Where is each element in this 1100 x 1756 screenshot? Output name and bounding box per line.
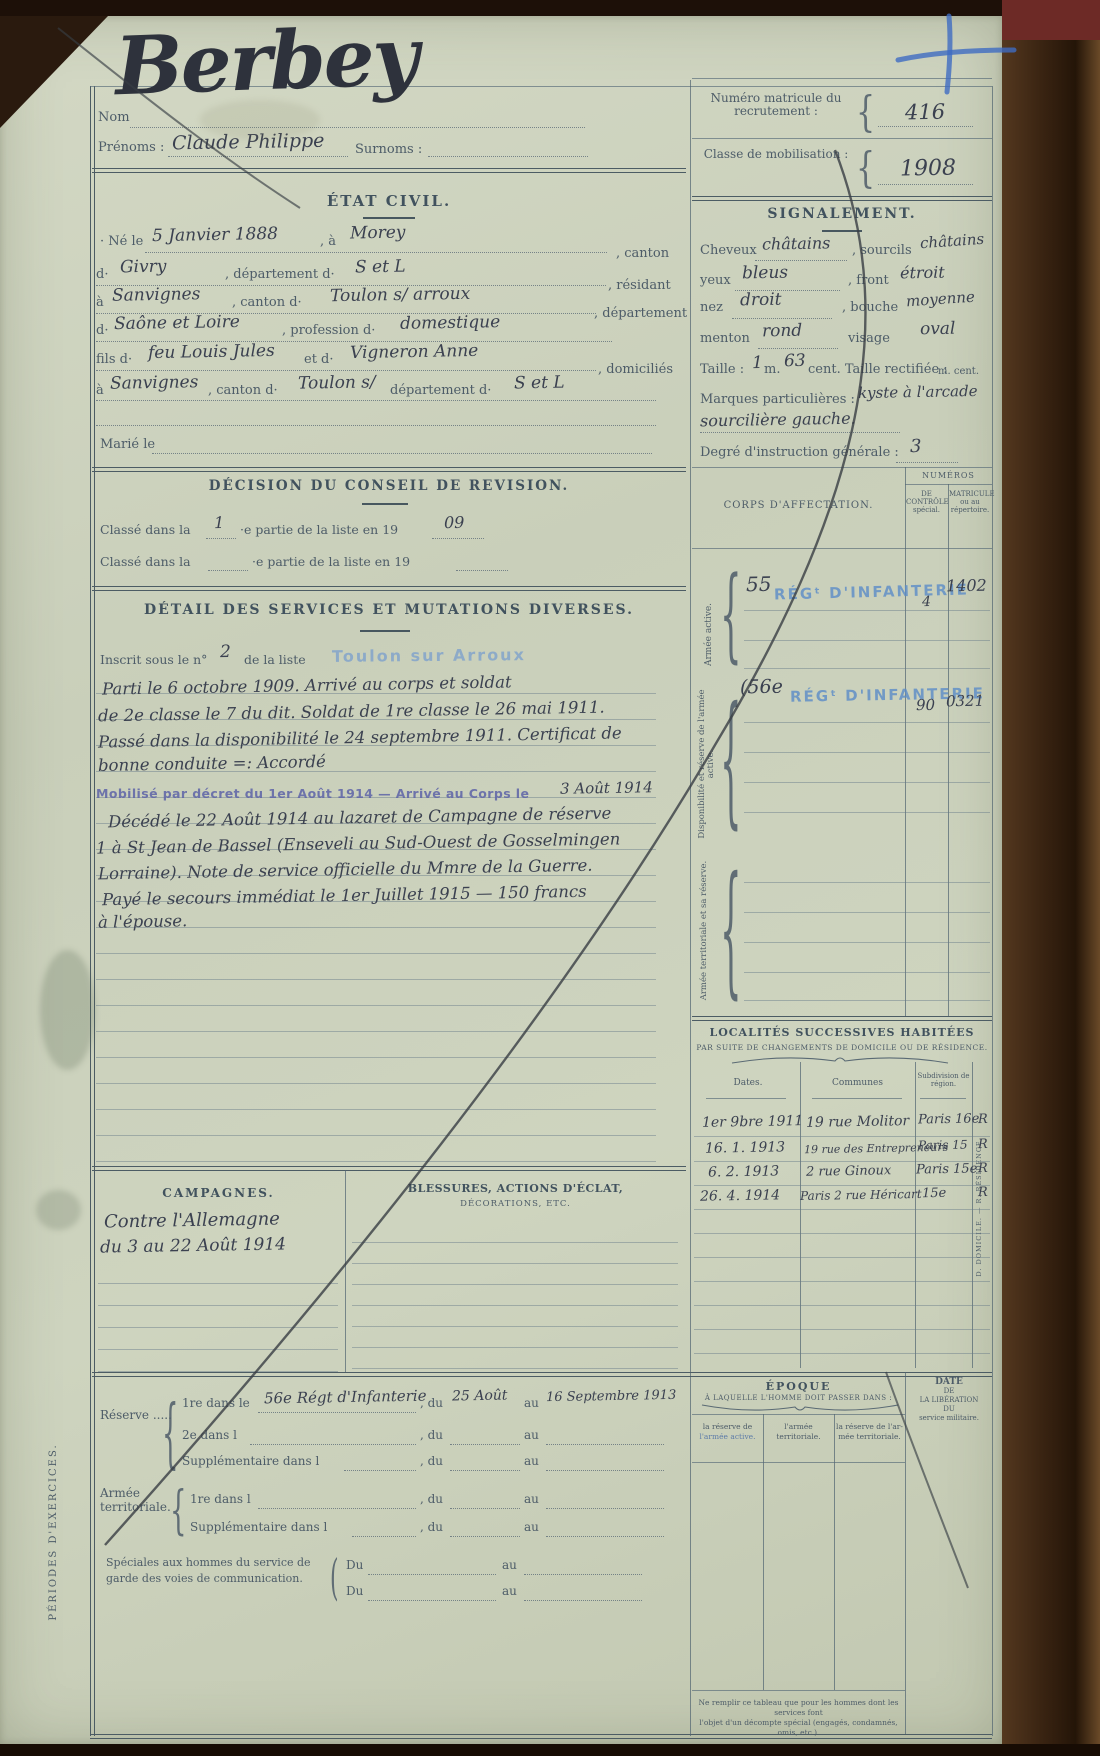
- col-subdivision: Subdivision de région.: [917, 1072, 970, 1088]
- taille-m-value: 1: [752, 353, 763, 373]
- loc-row-commune: 19 rue Molitor: [806, 1113, 909, 1131]
- periode2-du-label: , du: [420, 1428, 443, 1442]
- regiment1-matricule: 1402: [946, 576, 987, 596]
- row-line: [96, 370, 596, 371]
- canton2-value: Toulon s/ arroux: [330, 284, 471, 306]
- taille-cm-value: 63: [784, 351, 806, 371]
- de2-label: d·: [96, 323, 108, 338]
- localites-title: LOCALITÉS SUCCESSIVES HABITÉES: [692, 1026, 992, 1039]
- dept3-label: département d·: [390, 383, 491, 398]
- row-line: [546, 1470, 664, 1471]
- entry-line: [744, 640, 990, 641]
- date-label-3: LA LIBÉRATION: [906, 1396, 992, 1405]
- header-rule: [812, 1098, 902, 1099]
- matricule-box-mid: [692, 138, 992, 139]
- entry-line: [744, 782, 990, 783]
- footnote-line2: l'objet d'un décompte spécial (engagés, …: [696, 1718, 901, 1738]
- row-line: [450, 1536, 520, 1537]
- campagne-value-2: du 3 au 22 Août 1914: [100, 1234, 286, 1257]
- loc-row-subdivision: 15e: [922, 1186, 947, 1201]
- residant-label: , résidant: [608, 278, 671, 293]
- matricule-col-header: MATRICULE ou au répertoire.: [949, 490, 991, 514]
- table-background-bottom: [0, 1744, 1100, 1756]
- row-line: [694, 1209, 990, 1210]
- localites-subtitle: PAR SUITE DE CHANGEMENTS DE DOMICILE OU …: [692, 1043, 992, 1052]
- front-label: , front: [848, 273, 889, 288]
- col1-line2: l'armée active.: [694, 1432, 761, 1442]
- services-line-4: bonne conduite =: Accordé: [98, 752, 326, 775]
- periode5-label: Supplémentaire dans l: [190, 1520, 327, 1534]
- degre-value: 3: [910, 436, 922, 457]
- epoque-col-line-2: [834, 1414, 835, 1690]
- bouche-label: , bouche: [842, 300, 898, 315]
- decision-title-rule: [362, 503, 408, 505]
- decision-title: DÉCISION DU CONSEIL DE REVISION.: [92, 478, 686, 494]
- row-line: [694, 1233, 990, 1234]
- classe1-value: 1: [214, 513, 225, 532]
- row-line: [546, 1508, 664, 1509]
- entry-line: [744, 752, 990, 753]
- marques-value-2: sourcilière gauche.: [700, 409, 856, 431]
- dept-end-label: , département: [594, 306, 687, 321]
- classe1-label: Classé dans la: [100, 522, 191, 537]
- row-line: [755, 260, 847, 261]
- mother-value: Vigneron Anne: [350, 341, 479, 363]
- cheveux-label: Cheveux: [700, 243, 757, 258]
- frame-left: [90, 86, 95, 1736]
- territoriale-label: Armée territoriale et sa réserve.: [700, 853, 709, 1008]
- classe2-label: Classé dans la: [100, 554, 191, 569]
- front-value: étroit: [900, 263, 945, 283]
- profession-label: , profession d·: [282, 323, 375, 338]
- taille-label: Taille :: [700, 362, 744, 377]
- row-line: [450, 1444, 520, 1445]
- classe-brace: {: [856, 144, 875, 193]
- col2-line1: l'armée: [765, 1422, 832, 1432]
- loc-row-commune: Paris 2 rue Héricart: [800, 1187, 922, 1203]
- classe2-mid-label: ·e partie de la liste en 19: [252, 554, 410, 569]
- classe-label: Classe de mobilisation :: [700, 148, 852, 161]
- entry-line: [744, 668, 990, 669]
- profession-value: domestique: [400, 312, 501, 334]
- ink-smudge: [36, 1190, 81, 1230]
- row-line: [694, 1353, 990, 1354]
- entry-line: [744, 722, 990, 723]
- corps-header: CORPS D'AFFECTATION.: [692, 500, 905, 511]
- row-line: [694, 1161, 990, 1162]
- periode6-du-label: Du: [346, 1558, 363, 1572]
- periode3-du-label: , du: [420, 1454, 443, 1468]
- name-script: Berbey: [113, 9, 418, 113]
- loc-row-commune: 2 rue Ginoux: [806, 1163, 892, 1179]
- loc-row-dr: R: [978, 1137, 988, 1152]
- campagnes-title: CAMPAGNES.: [92, 1186, 345, 1200]
- visage-label: visage: [848, 331, 890, 346]
- periode4-label: 1re dans l: [190, 1492, 251, 1506]
- nez-value: droit: [740, 290, 782, 311]
- controle-header: DE CONTRÔLE spécial.: [906, 490, 947, 514]
- speciales-brace: (: [330, 1552, 339, 1607]
- periode5-du-label: , du: [420, 1520, 443, 1534]
- row-line: [524, 1600, 642, 1601]
- menton-label: menton: [700, 331, 750, 346]
- dept2-value: Saône et Loire: [114, 312, 240, 334]
- blessures-subtitle: DÉCORATIONS, ETC.: [345, 1199, 686, 1209]
- header-rule: [920, 1098, 966, 1099]
- canton-end-label: , canton: [616, 246, 669, 261]
- entry-line: [744, 812, 990, 813]
- row-line: [694, 1136, 990, 1137]
- surnoms-label: Surnoms :: [355, 142, 422, 157]
- header-rule: [706, 1098, 786, 1099]
- row-line: [368, 1600, 496, 1601]
- col-dates: Dates.: [700, 1078, 796, 1088]
- regiment1-num: 55: [746, 572, 772, 596]
- entry-line: [744, 972, 990, 973]
- domicilies-label: , domiciliés: [598, 362, 673, 377]
- row-line: [344, 1470, 416, 1471]
- numeros-header: NUMÉROS: [905, 471, 992, 480]
- prenoms-line: [168, 156, 348, 157]
- services-title-rule: [360, 630, 410, 632]
- localites-col-line-1: [800, 1062, 801, 1368]
- periode6-au-label: au: [502, 1558, 517, 1572]
- entry-line: [744, 610, 990, 611]
- de-label: d·: [96, 267, 108, 282]
- row-line: [258, 1508, 416, 1509]
- periode3-au-label: au: [524, 1454, 539, 1468]
- services-title: DÉTAIL DES SERVICES ET MUTATIONS DIVERSE…: [92, 602, 686, 618]
- epoque-subtitle: À LAQUELLE L'HOMME DOIT PASSER DANS :: [692, 1394, 905, 1402]
- epoque-subheader-rule: [692, 1462, 905, 1463]
- row-line: [432, 538, 484, 539]
- dept3-value: S et L: [514, 373, 565, 394]
- epoque-col1-header: la réserve de l'armée active.: [694, 1422, 761, 1442]
- row-line: [456, 570, 508, 571]
- campagne-value-1: Contre l'Allemagne: [104, 1208, 280, 1232]
- fils-label: fils d·: [96, 352, 132, 367]
- loc-row-dr: R: [978, 1112, 988, 1127]
- periode7-au-label: au: [502, 1584, 517, 1598]
- periodes-side-label: PÉRIODES D'EXERCICES.: [48, 1412, 59, 1652]
- row-line: [524, 1574, 642, 1575]
- parents-residence-value: Sanvignes: [110, 372, 199, 394]
- col-domicile-residence: D. DOMICILE. — R. RÉSIDENCE.: [975, 1062, 983, 1352]
- row-line: [896, 462, 958, 463]
- group3-brace: {: [720, 848, 742, 1016]
- row-line: [206, 538, 236, 539]
- col3-line2: mée territoriale.: [836, 1432, 903, 1442]
- loc-row-date: 1er 9bre 1911: [702, 1113, 804, 1131]
- date-label: DATE: [906, 1378, 992, 1387]
- mobilise-date-value: 3 Août 1914: [560, 778, 653, 798]
- col-communes: Communes: [804, 1078, 911, 1088]
- red-book-edge: [1002, 0, 1100, 40]
- date-label-2: DE: [906, 1387, 992, 1396]
- row-line: [250, 1444, 416, 1445]
- loc-row-subdivision: Paris 16e: [918, 1111, 980, 1127]
- periode3-label: Supplémentaire dans l: [182, 1454, 319, 1468]
- epoque-header-rule: [692, 1414, 905, 1415]
- periode1-au-label: au: [524, 1396, 539, 1410]
- col2-line2: territoriale.: [765, 1432, 832, 1442]
- row-line: [694, 1329, 990, 1330]
- marques-label: Marques particulières :: [700, 392, 855, 407]
- row-line: [732, 318, 832, 319]
- row-line: [694, 1257, 990, 1258]
- loc-row-dr: R: [978, 1185, 988, 1200]
- row-line: [546, 1444, 664, 1445]
- loc-row-date: 16. 1. 1913: [705, 1139, 785, 1156]
- canton3-label: , canton d·: [208, 383, 278, 398]
- col1-line1: la réserve de: [694, 1422, 761, 1432]
- sourcils-label: , sourcils: [852, 243, 912, 258]
- classe-box-bottom: [692, 196, 992, 201]
- loc-row-date: 6. 2. 1913: [708, 1163, 780, 1180]
- a3-label: à: [96, 383, 104, 398]
- blank-line: [96, 425, 656, 426]
- etat-civil-title-rule: [363, 217, 415, 219]
- matricule-label: Numéro matricule du recrutement :: [700, 92, 852, 118]
- signalement-title-rule: [822, 230, 862, 232]
- date-col-line: [905, 1372, 906, 1734]
- row-line: [96, 400, 656, 401]
- row-line: [145, 252, 607, 253]
- marie-label: Marié le: [100, 437, 155, 452]
- entry-line: [744, 1000, 990, 1001]
- scanned-document: Berbey Nom Prénoms : Claude Philippe Sur…: [0, 0, 1100, 1756]
- dept-value: S et L: [355, 257, 406, 278]
- inscrit-label: Inscrit sous le n°: [100, 652, 207, 667]
- prenoms-label: Prénoms :: [98, 140, 164, 155]
- taille-rect-units: m. cent.: [938, 366, 979, 377]
- date-label-4: DU: [906, 1405, 992, 1414]
- classe1-year: 09: [444, 513, 465, 532]
- blessures-title: BLESSURES, ACTIONS D'ÉCLAT,: [345, 1182, 686, 1195]
- periode1-du-value: 25 Août: [452, 1388, 508, 1405]
- note-top-rule: [692, 1690, 905, 1691]
- col3-line1: la réserve de l'ar-: [836, 1422, 903, 1432]
- armee-territoriale-label: Armée territoriale.: [100, 1486, 172, 1514]
- birth-place-value: Morey: [350, 223, 406, 244]
- row-line: [368, 1574, 496, 1575]
- corps-table-top: [692, 467, 992, 468]
- speciales-label-1: Spéciales aux hommes du service de: [106, 1556, 311, 1569]
- column-divider: [690, 80, 691, 1736]
- dept-label: , département d·: [225, 267, 335, 282]
- corps-header-bottom: [692, 548, 992, 549]
- territoriale-brace: {: [170, 1482, 187, 1542]
- row-line: [700, 432, 900, 433]
- matricule-box-top: [692, 78, 992, 79]
- yeux-value: bleus: [742, 263, 788, 284]
- table-background-right: [1002, 0, 1100, 1756]
- speciales-label-2: garde des voies de communication.: [106, 1572, 303, 1585]
- row-line: [694, 1185, 990, 1186]
- ne-le-label: · Né le: [100, 234, 143, 249]
- localites-col-line-2: [915, 1062, 916, 1368]
- periode1-au-value: 16 Septembre 1913: [546, 1388, 677, 1405]
- row-line: [546, 1536, 664, 1537]
- footnote: Ne remplir ce tableau que pour les homme…: [696, 1698, 901, 1738]
- armee-active-label: Armée active.: [704, 603, 714, 666]
- periode4-du-label: , du: [420, 1492, 443, 1506]
- numeros-split-line: [948, 484, 949, 1016]
- canton2-label: , canton d·: [232, 295, 302, 310]
- date-liberation-header: DATE DE LA LIBÉRATION DU service militai…: [906, 1378, 992, 1423]
- father-value: feu Louis Jules: [148, 341, 275, 363]
- epoque-col2-header: l'armée territoriale.: [765, 1422, 832, 1442]
- corps-table-bottom: [692, 1016, 992, 1021]
- degre-label: Degré d'instruction générale :: [700, 445, 899, 460]
- classe1-mid-label: ·e partie de la liste en 19: [240, 522, 398, 537]
- date-label-5: service militaire.: [906, 1414, 992, 1423]
- entry-line: [744, 912, 990, 913]
- a-label: , à: [320, 234, 336, 249]
- entry-line: [744, 942, 990, 943]
- bottom-section-top-rule: [92, 1372, 992, 1377]
- taille-rect-label: cent. Taille rectifiée :: [808, 362, 948, 377]
- row-line: [352, 1536, 416, 1537]
- visage-value: oval: [920, 319, 956, 340]
- ink-smudge: [40, 950, 95, 1070]
- row-line: [694, 1305, 990, 1306]
- regiment2-matricule: 0321: [946, 692, 984, 711]
- surnoms-line: [428, 156, 588, 157]
- row-line: [450, 1470, 520, 1471]
- row-line: [208, 570, 248, 571]
- periode1-value: 56e Régt d'Infanterie: [264, 1387, 427, 1408]
- inscrit-mid-label: de la liste: [244, 652, 306, 667]
- reserve-brace: {: [162, 1392, 179, 1479]
- marques-value-1: kyste à l'arcade: [858, 382, 978, 402]
- nom-line: [130, 127, 585, 128]
- frame-right: [992, 86, 993, 1736]
- services-line-9: à l'épouse.: [98, 911, 188, 932]
- paper-stain: [200, 100, 320, 140]
- group1-brace: {: [720, 556, 742, 676]
- matricule-brace: {: [856, 88, 875, 137]
- periode2-label: 2e dans l: [182, 1428, 237, 1442]
- etat-civil-bottom-rule: [92, 467, 686, 472]
- epoque-col3-header: la réserve de l'ar- mée territoriale.: [836, 1422, 903, 1442]
- decision-bottom-rule: [92, 586, 686, 591]
- row-line: [450, 1508, 520, 1509]
- classe-line: [878, 184, 973, 185]
- menton-value: rond: [762, 321, 803, 342]
- etat-civil-top-rule: [92, 168, 686, 173]
- periode7-du-label: Du: [346, 1584, 363, 1598]
- row-line: [758, 348, 838, 349]
- periode2-au-label: au: [524, 1428, 539, 1442]
- matricule-value: 416: [905, 100, 946, 125]
- etat-civil-title: ÉTAT CIVIL.: [92, 192, 686, 210]
- marie-line: [152, 453, 652, 454]
- a2-label: à: [96, 295, 104, 310]
- entry-line: [744, 882, 990, 883]
- ruled-lines: [352, 1222, 678, 1370]
- loc-row-date: 26. 4. 1914: [700, 1187, 780, 1204]
- residence-value: Sanvignes: [112, 284, 201, 306]
- liste-stamp: Toulon sur Arroux: [332, 645, 526, 666]
- periode1-label: 1re dans le: [182, 1396, 250, 1410]
- epoque-col-line-1: [763, 1414, 764, 1690]
- epoque-title: ÉPOQUE: [692, 1380, 905, 1393]
- periode4-au-label: au: [524, 1492, 539, 1506]
- canton-value: Givry: [120, 257, 167, 278]
- nez-label: nez: [700, 300, 723, 315]
- localites-col-line-3: [972, 1062, 973, 1368]
- row-line: [694, 1281, 990, 1282]
- regiment2-controle: 90: [916, 696, 935, 714]
- canton3-value: Toulon s/: [298, 372, 376, 393]
- table-background-top: [0, 0, 1100, 16]
- birth-date-value: 5 Janvier 1888: [152, 224, 278, 246]
- yeux-label: yeux: [700, 273, 731, 288]
- regiment2-num: (56e: [740, 676, 783, 699]
- classe-value: 1908: [900, 156, 956, 182]
- cheveux-value: châtains: [762, 233, 831, 253]
- campagnes-top-rule: [92, 1166, 686, 1171]
- mobilise-stamp: Mobilisé par décret du 1er Août 1914 — A…: [96, 786, 529, 801]
- periode1-du-label: , du: [420, 1396, 443, 1410]
- taille-m-label: m.: [764, 362, 780, 377]
- loc-row-subdivision: Paris 15: [918, 1138, 968, 1153]
- et-de-label: et d·: [304, 352, 334, 367]
- regiment1-controle: 4: [922, 594, 931, 610]
- footnote-line1: Ne remplir ce tableau que pour les homme…: [696, 1698, 901, 1718]
- group2-brace: {: [720, 678, 742, 846]
- loc-row-dr: R: [978, 1161, 988, 1176]
- row-line: [258, 1412, 416, 1413]
- loc-row-subdivision: Paris 15e: [916, 1161, 978, 1177]
- matricule-line: [878, 126, 973, 127]
- signalement-title: SIGNALEMENT.: [692, 206, 992, 222]
- inscrit-num: 2: [220, 642, 231, 662]
- nom-label: Nom: [98, 110, 130, 125]
- dispo-label: Disponibilité et réserve de l'armée acti…: [698, 683, 716, 845]
- ruled-lines: [98, 1262, 338, 1372]
- numeros-col-line: [905, 467, 906, 1016]
- periode5-au-label: au: [524, 1520, 539, 1534]
